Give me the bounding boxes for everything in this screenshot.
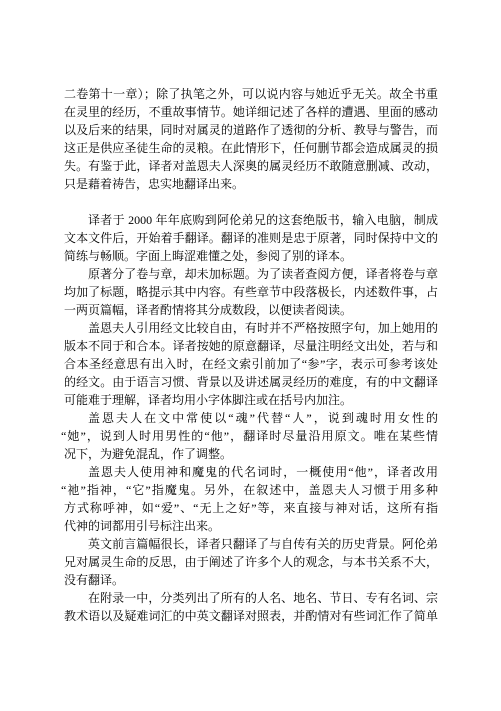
text-line: 盖恩夫人引用经文比较自由，有时并不严格按照字句，加上她用的: [64, 319, 438, 337]
text-line: 教术语以及疑难词汇的中英文翻译对照表，并酌情对有些词汇作了简单: [64, 607, 438, 625]
paragraph-7: 英文前言篇幅很长，译者只翻译了与自传有关的历史背景。阿伦弟 兄对属灵生命的反思，…: [64, 535, 438, 589]
text-line: 失。有鉴于此，译者对盖恩夫人深奥的属灵经历不敢随意删减、改动，: [64, 157, 438, 175]
text-line: “她”，说到人时用男性的“他”，翻译时尽量沿用原文。唯在某些情: [64, 427, 438, 445]
text-line: 以及后来的结果，同时对属灵的道路作了透彻的分析、教导与警告，而: [64, 121, 438, 139]
document-page: 二卷第十一章）；除了执笔之外，可以说内容与她近乎无关。故全书重 在灵里的经历，不…: [0, 0, 501, 711]
text-line: 这正是供应圣徒生命的灵粮。在此情形下，任何删节都会造成属灵的损: [64, 139, 438, 157]
text-line: 简练与畅顺。字面上晦涩难懂之处，参阅了别的译本。: [64, 247, 438, 265]
text-line: 方式称呼神，如“爱”、“无上之好”等，来直接与神对话，这所有指: [64, 499, 438, 517]
text-line: 均加了标题，略提示其中内容。有些章节中段落极长，内述数件事，占: [64, 283, 438, 301]
text-line: 盖恩夫人在文中常使以“魂”代替“人”，说到魂时用女性的: [64, 409, 438, 427]
text-line: 译者于 2000 年年底购到阿伦弟兄的这套绝版书，输入电脑，制成: [64, 211, 438, 229]
text-line: 盖恩夫人使用神和魔鬼的代名词时，一概使用“他”，译者改用: [64, 463, 438, 481]
paragraph-2: 译者于 2000 年年底购到阿伦弟兄的这套绝版书，输入电脑，制成 文本文件后，开…: [64, 211, 438, 265]
text-block: 二卷第十一章）；除了执笔之外，可以说内容与她近乎无关。故全书重 在灵里的经历，不…: [64, 85, 438, 625]
text-line: 的经文。由于语言习惯、背景以及讲述属灵经历的难度，有的中文翻译: [64, 373, 438, 391]
text-line: 可能难于理解，译者均用小字体脚注或在括号内加注。: [64, 391, 438, 409]
text-line: 英文前言篇幅很长，译者只翻译了与自传有关的历史背景。阿伦弟: [64, 535, 438, 553]
text-line: 在附录一中，分类列出了所有的人名、地名、节日、专有名词、宗: [64, 589, 438, 607]
text-line: 二卷第十一章）；除了执笔之外，可以说内容与她近乎无关。故全书重: [64, 85, 438, 103]
text-line: 只是藉着祷告，忠实地翻译出来。: [64, 175, 438, 193]
text-line: 况下，为避免混乱，作了调整。: [64, 445, 438, 463]
paragraph-5: 盖恩夫人在文中常使以“魂”代替“人”，说到魂时用女性的 “她”，说到人时用男性的…: [64, 409, 438, 463]
text-line: 在灵里的经历，不重故事情节。她详细记述了各样的遭遇、里面的感动: [64, 103, 438, 121]
paragraph-8: 在附录一中，分类列出了所有的人名、地名、节日、专有名词、宗 教术语以及疑难词汇的…: [64, 589, 438, 625]
paragraph-break: [64, 193, 438, 211]
text-line: 合本圣经意思有出入时，在经文索引前加了“参”字，表示可参考该处: [64, 355, 438, 373]
paragraph-3: 原著分了卷与章，却未加标题。为了读者查阅方便，译者将卷与章 均加了标题，略提示其…: [64, 265, 438, 319]
text-line: “祂”指神，“它”指魔鬼。另外，在叙述中，盖恩夫人习惯于用多种: [64, 481, 438, 499]
paragraph-1: 二卷第十一章）；除了执笔之外，可以说内容与她近乎无关。故全书重 在灵里的经历，不…: [64, 85, 438, 193]
text-line: 文本文件后，开始着手翻译。翻译的准则是忠于原著，同时保持中文的: [64, 229, 438, 247]
text-line: 原著分了卷与章，却未加标题。为了读者查阅方便，译者将卷与章: [64, 265, 438, 283]
paragraph-4: 盖恩夫人引用经文比较自由，有时并不严格按照字句，加上她用的 版本不同于和合本。译…: [64, 319, 438, 409]
text-line: 版本不同于和合本。译者按她的原意翻译，尽量注明经文出处，若与和: [64, 337, 438, 355]
text-line: 一两页篇幅，译者酌情将其分成数段，以便读者阅读。: [64, 301, 438, 319]
text-line: 兄对属灵生命的反思，由于阐述了许多个人的观念，与本书关系不大，: [64, 553, 438, 571]
text-line: 没有翻译。: [64, 571, 438, 589]
text-line: 代神的词都用引号标注出来。: [64, 517, 438, 535]
paragraph-6: 盖恩夫人使用神和魔鬼的代名词时，一概使用“他”，译者改用 “祂”指神，“它”指魔…: [64, 463, 438, 535]
